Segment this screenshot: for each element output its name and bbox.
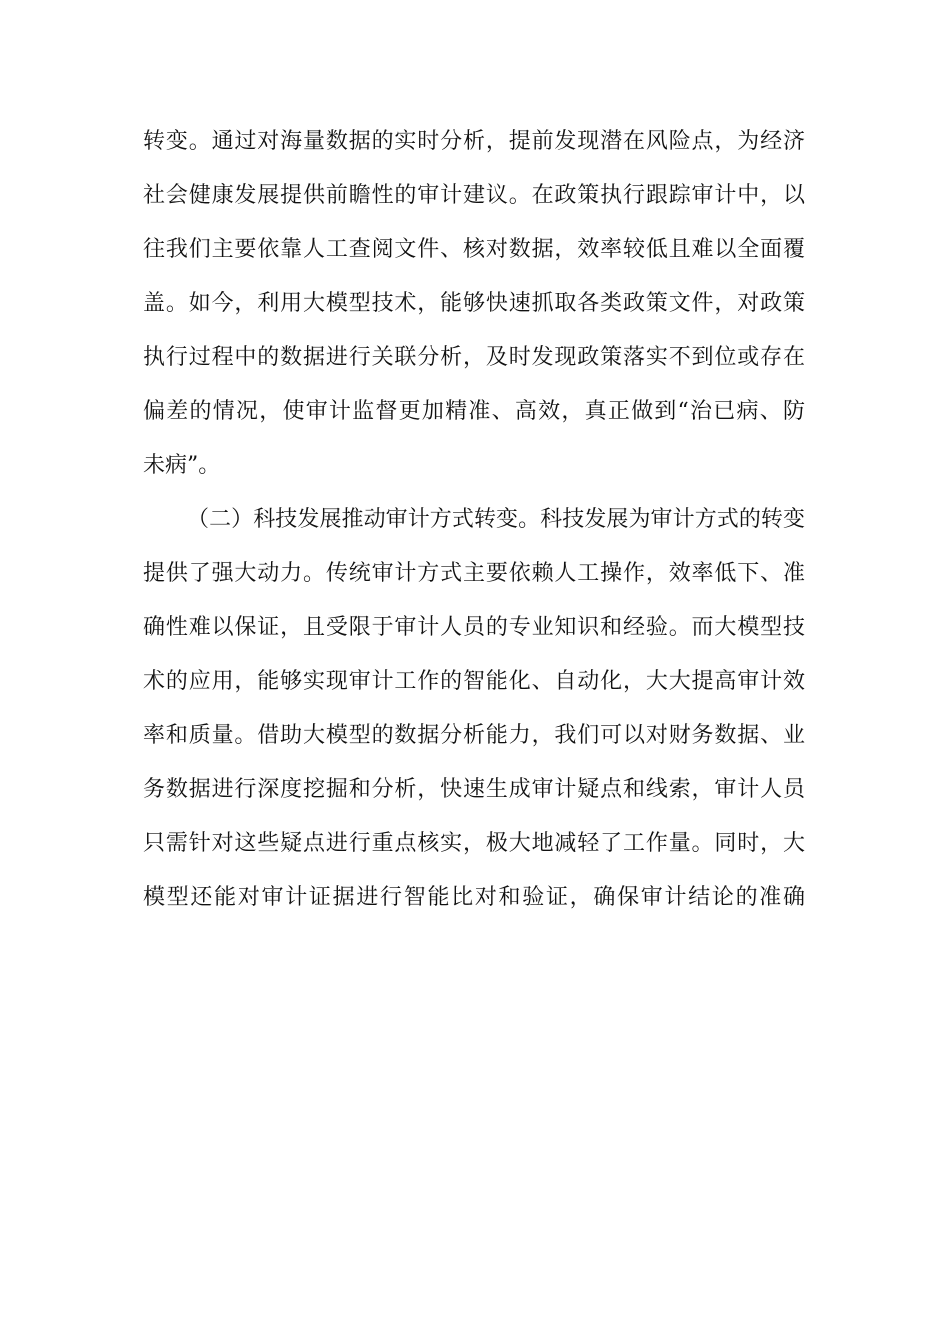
text-line: 务数据进行深度挖掘和分析，快速生成审计疑点和线索，审计人员 [143,770,805,824]
text-line: 偏差的情况，使审计监督更加精准、高效，真正做到“治已病、防 [143,392,805,446]
text-line: 术的应用，能够实现审计工作的智能化、自动化，大大提高审计效 [143,662,805,716]
section-heading-line: （二）科技发展推动审计方式转变。科技发展为审计方式的转变 [143,500,805,554]
text-line: 社会健康发展提供前瞻性的审计建议。在政策执行跟踪审计中，以 [143,176,805,230]
text-line: 往我们主要依靠人工查阅文件、核对数据，效率较低且难以全面覆 [143,230,805,284]
text-line: 模型还能对审计证据进行智能比对和验证，确保审计结论的准确 [143,878,805,932]
text-line: 只需针对这些疑点进行重点核实，极大地减轻了工作量。同时，大 [143,824,805,878]
paragraph-2: （二）科技发展推动审计方式转变。科技发展为审计方式的转变 提供了强大动力。传统审… [143,500,805,932]
text-line: 转变。通过对海量数据的实时分析，提前发现潜在风险点，为经济 [143,122,805,176]
text-line: 未病”。 [143,446,805,500]
paragraph-1: 转变。通过对海量数据的实时分析，提前发现潜在风险点，为经济 社会健康发展提供前瞻… [143,122,805,500]
text-line: 确性难以保证，且受限于审计人员的专业知识和经验。而大模型技 [143,608,805,662]
text-line: 盖。如今，利用大模型技术，能够快速抓取各类政策文件，对政策 [143,284,805,338]
text-line: 提供了强大动力。传统审计方式主要依赖人工操作，效率低下、准 [143,554,805,608]
text-line: 执行过程中的数据进行关联分析，及时发现政策落实不到位或存在 [143,338,805,392]
document-page: 转变。通过对海量数据的实时分析，提前发现潜在风险点，为经济 社会健康发展提供前瞻… [143,122,805,932]
text-line: 率和质量。借助大模型的数据分析能力，我们可以对财务数据、业 [143,716,805,770]
